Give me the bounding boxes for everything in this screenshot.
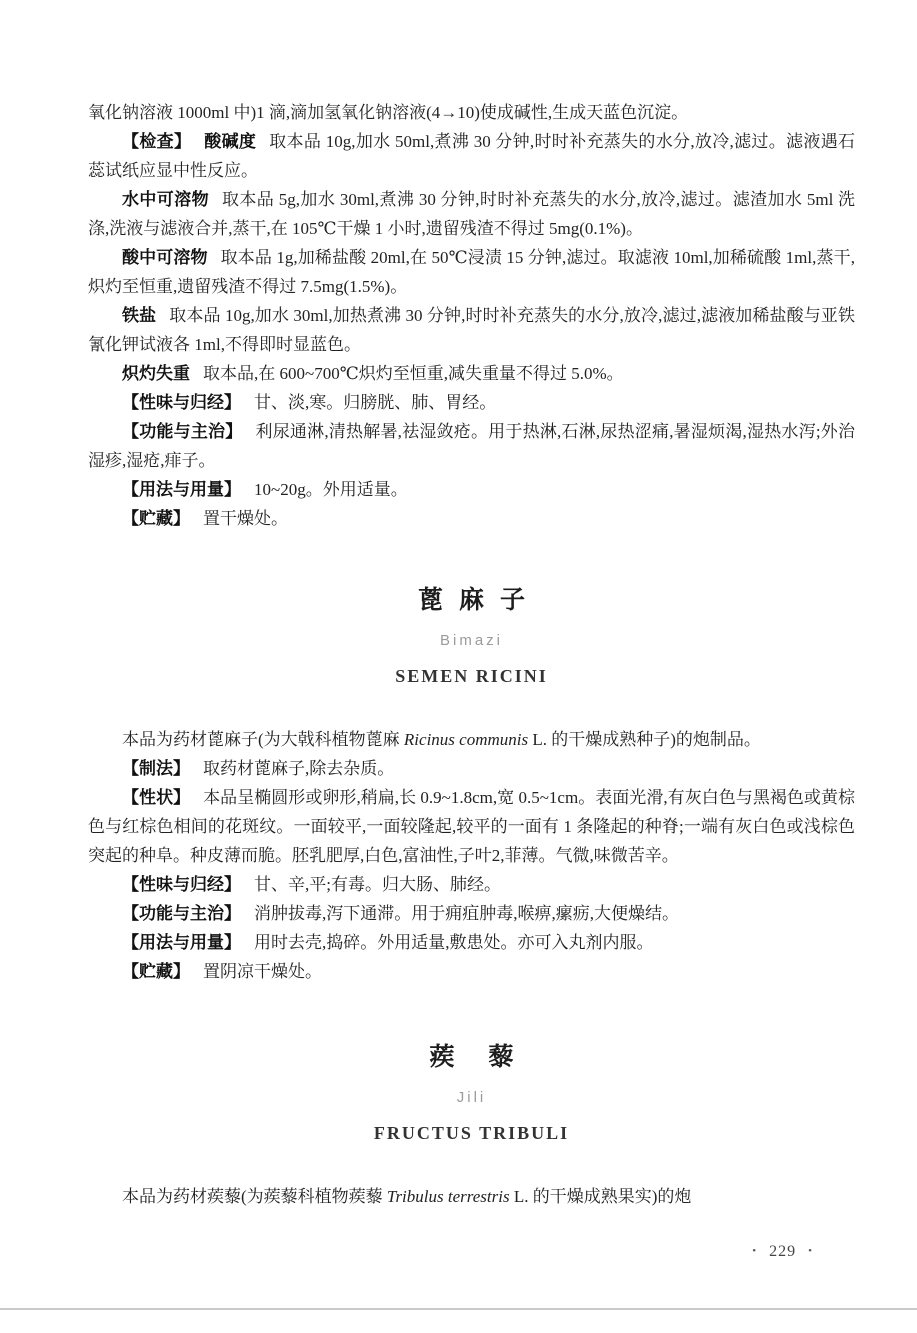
monograph-title-latin: SEMEN RICINI [88,665,855,687]
paragraph-suanzhongkerongwu: 酸中可溶物取本品 1g,加稀盐酸 20ml,在 50℃浸渍 15 分钟,滤过。取… [88,243,855,301]
section-label-gongneng: 【功能与主治】 [122,422,243,441]
monograph-title-latin: FRUCTUS TRIBULI [88,1122,855,1144]
paragraph-bimazi-zhifa: 【制法】取药材蓖麻子,除去杂质。 [88,754,855,783]
paragraph-text: 取药材蓖麻子,除去杂质。 [203,759,394,778]
paragraph-text: 取本品 10g,加水 30ml,加热煮沸 30 分钟,时时补充蒸失的水分,放冷,… [88,306,855,354]
paragraph-xingwei-guijing: 【性味与归经】甘、淡,寒。归膀胱、肺、胃经。 [88,388,855,417]
paragraph-text: 本品呈椭圆形或卵形,稍扁,长 0.9~1.8cm,宽 0.5~1cm。表面光滑,… [88,788,855,865]
monograph-title-chinese: 蒺藜 [88,1042,855,1072]
section-label-zhucang: 【贮藏】 [122,509,190,528]
paragraph-jili-intro: 本品为药材蒺藜(为蒺藜科植物蒺藜 Tribulus terrestris L. … [88,1182,855,1211]
section-label-xingwei: 【性味与归经】 [122,393,241,412]
page-number-value: 229 [769,1243,796,1260]
paragraph-continuation: 氧化钠溶液 1000ml 中)1 滴,滴加氢氧化钠溶液(4→10)使成碱性,生成… [88,98,855,127]
monograph-title-chinese: 蓖麻子 [88,585,855,615]
species-name-latin: Ricinus communis [404,730,528,749]
scan-edge-line [0,1308,917,1310]
paragraph-gongneng-zhuzhi: 【功能与主治】利尿通淋,清热解暑,祛湿敛疮。用于热淋,石淋,尿热涩痛,暑湿烦渴,… [88,417,855,475]
monograph-title-pinyin: Bimazi [88,632,855,650]
paragraph-zhizhuoshizhong: 炽灼失重取本品,在 600~700℃炽灼至恒重,减失重量不得过 5.0%。 [88,359,855,388]
paragraph-bimazi-zhucang: 【贮藏】置阴凉干燥处。 [88,957,855,986]
subsection-label-shuizhongkerongwu: 水中可溶物 [122,190,209,209]
paragraph-tieyan: 铁盐取本品 10g,加水 30ml,加热煮沸 30 分钟,时时补充蒸失的水分,放… [88,301,855,359]
paragraph-jiancha: 【检查】酸碱度取本品 10g,加水 50ml,煮沸 30 分钟,时时补充蒸失的水… [88,127,855,185]
section-label-zhifa: 【制法】 [122,759,190,778]
paragraph-shuizhongkerongwu: 水中可溶物取本品 5g,加水 30ml,煮沸 30 分钟,时时补充蒸失的水分,放… [88,185,855,243]
paragraph-bimazi-xingwei: 【性味与归经】甘、辛,平;有毒。归大肠、肺经。 [88,870,855,899]
paragraph-text: 用时去壳,捣碎。外用适量,敷患处。亦可入丸剂内服。 [254,933,654,952]
paragraph-bimazi-intro: 本品为药材蓖麻子(为大戟科植物蓖麻 Ricinus communis L. 的干… [88,725,855,754]
paragraph-text: 取本品,在 600~700℃炽灼至恒重,减失重量不得过 5.0%。 [203,364,624,383]
scanned-document-page: 氧化钠溶液 1000ml 中)1 滴,滴加氢氧化钠溶液(4→10)使成碱性,生成… [0,0,917,1333]
paragraph-bimazi-xingzhuang: 【性状】本品呈椭圆形或卵形,稍扁,长 0.9~1.8cm,宽 0.5~1cm。表… [88,783,855,870]
section-label-jiancha: 【检查】 [122,132,191,151]
paragraph-zhucang: 【贮藏】置干燥处。 [88,504,855,533]
section-label-gongneng: 【功能与主治】 [122,904,241,923]
paragraph-text: 置干燥处。 [203,509,288,528]
monograph-header-bimazi: 蓖麻子 Bimazi SEMEN RICINI [88,585,855,687]
paragraph-text: 消肿拔毒,泻下通滞。用于痈疽肿毒,喉痹,瘰疬,大便燥结。 [254,904,679,923]
paragraph-bimazi-yongfa: 【用法与用量】用时去壳,捣碎。外用适量,敷患处。亦可入丸剂内服。 [88,928,855,957]
footer-dot-right: • [808,1245,813,1257]
species-name-latin: Tribulus terrestris [387,1187,510,1206]
paragraph-text: 氧化钠溶液 1000ml 中)1 滴,滴加氢氧化钠溶液(4→10)使成碱性,生成… [88,103,688,122]
paragraph-text: 置阴凉干燥处。 [203,962,322,981]
paragraph-text: 10~20g。外用适量。 [254,480,408,499]
page-number: •229• [740,1243,825,1261]
intro-text-post: L. 的干燥成熟果实)的炮 [510,1187,692,1206]
subsection-label-zhizhuoshizhong: 炽灼失重 [122,364,190,383]
monograph-title-pinyin: Jili [88,1089,855,1107]
paragraph-text: 甘、淡,寒。归膀胱、肺、胃经。 [254,393,496,412]
footer-dot-left: • [752,1245,757,1257]
monograph-header-jili: 蒺藜 Jili FRUCTUS TRIBULI [88,1042,855,1144]
paragraph-bimazi-gongneng: 【功能与主治】消肿拔毒,泻下通滞。用于痈疽肿毒,喉痹,瘰疬,大便燥结。 [88,899,855,928]
section-label-yongfa: 【用法与用量】 [122,480,241,499]
paragraph-yongfa-yongliang: 【用法与用量】10~20g。外用适量。 [88,475,855,504]
subsection-label-suanzhongkerongwu: 酸中可溶物 [122,248,208,267]
section-label-xingwei: 【性味与归经】 [122,875,241,894]
page-content: 氧化钠溶液 1000ml 中)1 滴,滴加氢氧化钠溶液(4→10)使成碱性,生成… [0,0,917,1211]
intro-text-pre: 本品为药材蓖麻子(为大戟科植物蓖麻 [122,730,404,749]
section-label-yongfa: 【用法与用量】 [122,933,241,952]
subsection-label-tieyan: 铁盐 [122,306,156,325]
intro-text-pre: 本品为药材蒺藜(为蒺藜科植物蒺藜 [122,1187,387,1206]
section-label-xingzhuang: 【性状】 [122,788,190,807]
section-label-zhucang: 【贮藏】 [122,962,190,981]
paragraph-text: 甘、辛,平;有毒。归大肠、肺经。 [254,875,501,894]
subsection-label-suanjiandu: 酸碱度 [204,132,256,151]
intro-text-post: L. 的干燥成熟种子)的炮制品。 [528,730,761,749]
